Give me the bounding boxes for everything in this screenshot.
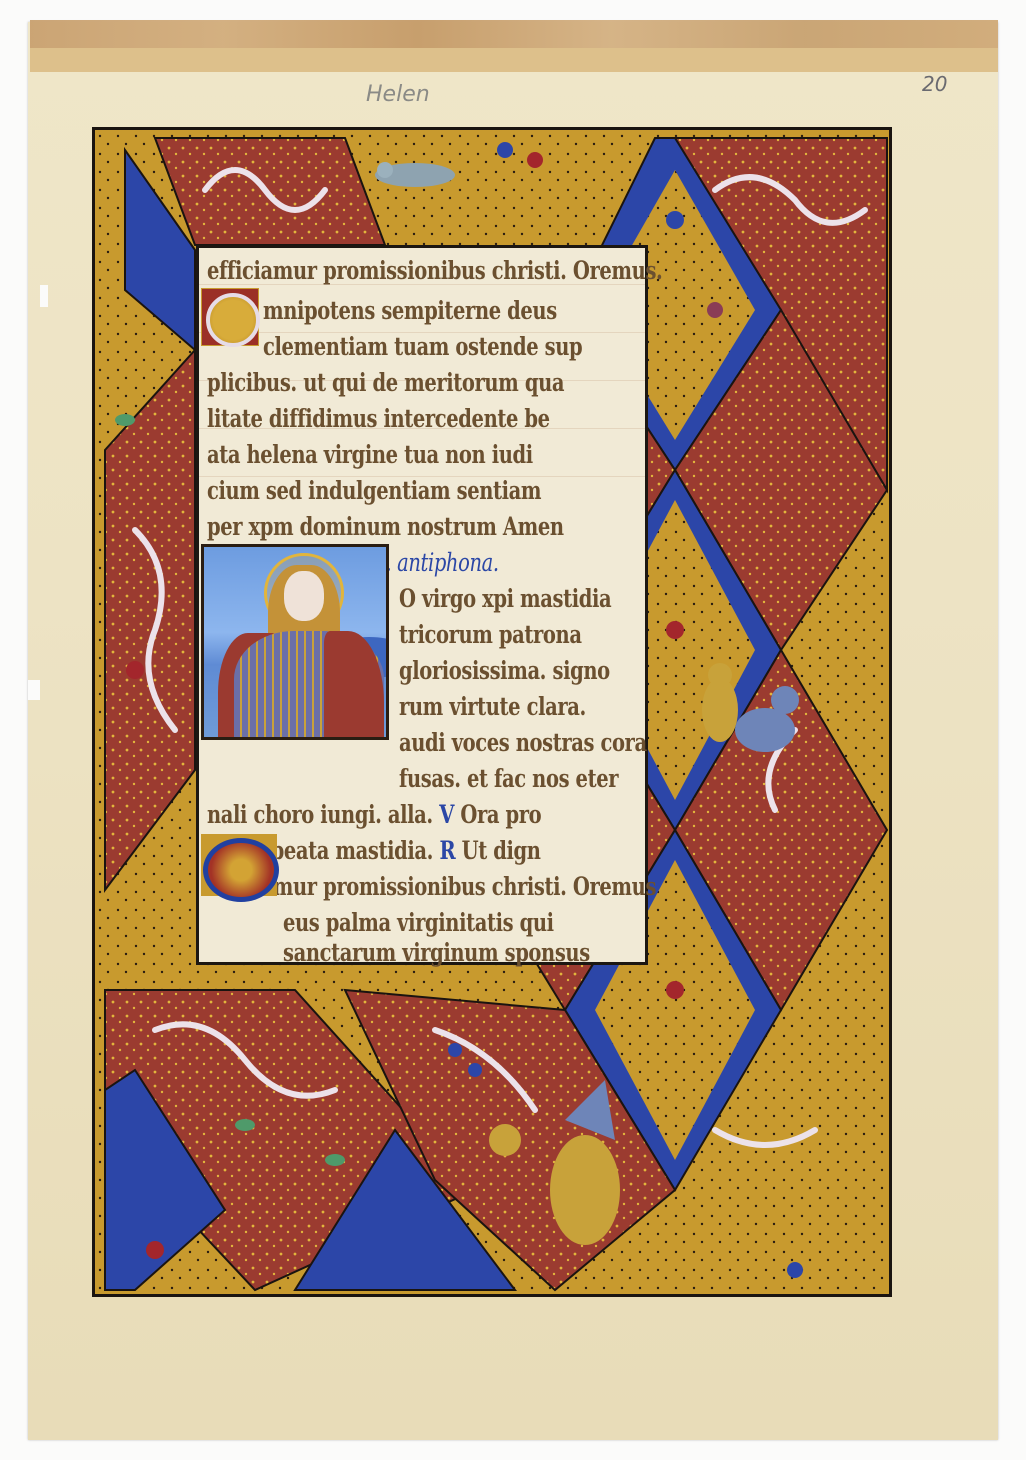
text-line: per xpm dominum nostrum Amen [207, 512, 564, 541]
text-line: O virgo xpi mastidia [399, 584, 611, 613]
text-line: sanctarum virginum sponsus [283, 938, 590, 967]
edge-tear [40, 285, 48, 307]
text-line: efficiamur promissionibus christi. Oremu… [207, 256, 662, 285]
text-line: audi voces nostras cora [399, 728, 647, 757]
pencil-annotation-name: Helen [366, 82, 430, 107]
text-line: eus palma virginitatis qui [283, 908, 554, 937]
text-line: rum virtute clara. [399, 692, 586, 721]
text-line: clementiam tuam ostende sup [263, 332, 582, 361]
text-line: mnipotens sempiterne deus [263, 296, 557, 325]
text-line: litate diffidimus intercedente be [207, 404, 550, 433]
saint-face [284, 571, 324, 621]
initial-o [201, 288, 259, 346]
text-line: ata helena virgine tua non iudi [207, 440, 533, 469]
edge-tear [28, 680, 40, 700]
response-mark: R [439, 836, 455, 865]
text-line: plicibus. ut qui de meritorum qua [207, 368, 564, 397]
text-segment: nali choro iungi. alla. [207, 800, 439, 829]
conservation-tape [30, 20, 998, 48]
tape-stain [30, 48, 998, 72]
initial-o-ornament-icon [206, 293, 260, 347]
text-segment: Ut dign [455, 836, 540, 865]
initial-d-ornament-icon [203, 838, 279, 902]
text-line: cium sed indulgentiam sentiam [207, 476, 541, 505]
text-segment: Ora pro [454, 800, 541, 829]
versicle-mark: V [439, 800, 454, 829]
text-line: fusas. et fac nos eter [399, 764, 618, 793]
saint-miniature [201, 544, 389, 740]
folio-number: 20 [922, 72, 947, 96]
initial-d [201, 834, 277, 896]
text-block: efficiamur promissionibus christi. Oremu… [196, 245, 648, 965]
text-line: gloriosissima. signo [399, 656, 610, 685]
versicle-line: nali choro iungi. alla. V Ora pro [207, 800, 541, 829]
text-line: tricorum patrona [399, 620, 582, 649]
